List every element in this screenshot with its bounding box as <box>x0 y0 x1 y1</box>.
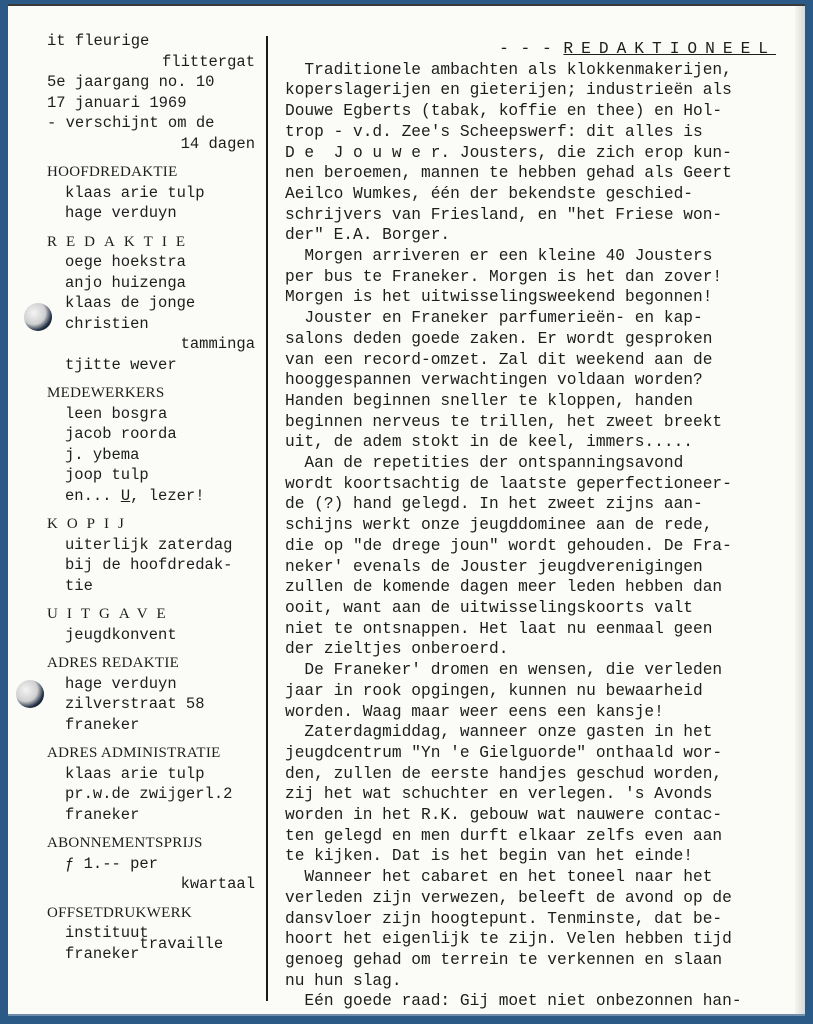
section-line-text: en... <box>65 487 121 505</box>
article-line: ten gelegd en men durft elkaar zelfs eve… <box>285 826 785 847</box>
section-line: kwartaal <box>47 874 257 895</box>
article-line: salons deden goede zaken. Er wordt gespr… <box>285 329 785 350</box>
section-heading: HOOFDREDAKTIE <box>47 162 257 183</box>
section-line: jeugdkonvent <box>47 625 257 646</box>
article-line: uit, de adem stokt in de keel, immers...… <box>285 432 785 453</box>
article-line: jaar in rook opgingen, kunnen nu bewaarh… <box>285 681 785 702</box>
article-line: nu hun slag. <box>285 971 785 992</box>
section-line: hage verduyn <box>47 203 257 224</box>
article-line: Douwe Egberts (tabak, koffie en thee) en… <box>285 101 785 122</box>
article-line: de (?) hand gelegd. In het zweet zijns a… <box>285 494 785 515</box>
article-line: per bus te Franeker. Morgen is het dan z… <box>285 267 785 288</box>
article-line: nen beroemen, mannen te hebben gehad als… <box>285 163 785 184</box>
section-line: en... U, lezer! <box>47 486 257 507</box>
article-line: der zieltjes onberoerd. <box>285 639 785 660</box>
section-heading: UITGAVE <box>47 604 257 625</box>
article-line: Aan de repetities der ontspanningsavond <box>285 453 785 474</box>
section-line: j. ybema <box>47 445 257 466</box>
article-line: die op "de drege joun" wordt gehouden. D… <box>285 536 785 557</box>
section-line: zilverstraat 58 <box>47 694 257 715</box>
section-line: franeker <box>47 805 257 826</box>
article-line: den, zullen de eerste handjes geschud wo… <box>285 764 785 785</box>
masthead-frequency: 14 dagen <box>47 134 257 155</box>
article-line: Morgen is het uitwisselingsweekend begon… <box>285 287 785 308</box>
section-heading: ADRES ADMINISTRATIE <box>47 743 257 764</box>
article-line: De Franeker' dromen en wensen, die verle… <box>285 660 785 681</box>
masthead-date: 17 januari 1969 <box>47 93 257 114</box>
section-line-text: franeker <box>65 945 139 963</box>
article-line: verleden zijn verwezen, beleeft de avond… <box>285 888 785 909</box>
article-line: Handen beginnen sneller te kloppen, hand… <box>285 391 785 412</box>
article-line: neker' evenals de Jouster jeugdverenigin… <box>285 557 785 578</box>
underlined-u: U <box>121 487 130 505</box>
section-heading: MEDEWERKERS <box>47 383 257 404</box>
masthead-line: flittergat <box>47 52 257 73</box>
section-line: uiterlijk zaterdag <box>47 535 257 556</box>
title-text: REDAKTIONEEL <box>563 40 776 58</box>
section-line: ƒ 1.-- per <box>47 854 257 875</box>
article-line: D e J o u w e r. Jousters, die zich erop… <box>285 143 785 164</box>
column-divider <box>266 36 268 1001</box>
section-line: franeker <box>47 715 257 736</box>
section-line: jacob roorda <box>47 424 257 445</box>
article-line: Zaterdagmiddag, wanneer onze gasten in h… <box>285 722 785 743</box>
section-line-text: , lezer! <box>130 487 204 505</box>
page-edge <box>795 6 805 1014</box>
article-line: Aeilco Wumkes, één der bekendste geschie… <box>285 184 785 205</box>
section-line: pr.w.de zwijgerl.2 <box>47 784 257 805</box>
masthead-frequency: - verschijnt om de <box>47 113 257 134</box>
article-line: zij het wat schuchter en verlegen. 's Av… <box>285 784 785 805</box>
article-line: schrijvers van Friesland, en "het Friese… <box>285 205 785 226</box>
article-line: zullen de komende dagen meer leden hebbe… <box>285 577 785 598</box>
section-heading: ABONNEMENTSPRIJS <box>47 833 257 854</box>
section-line: tamminga <box>47 334 257 355</box>
article-line: worden. Waag maar weer eens een kansje! <box>285 702 785 723</box>
title-prefix: - - - <box>499 40 553 58</box>
section-line: bij de hoofdredak- <box>47 555 257 576</box>
article-line: ooit, want aan de uitwisselingskoorts va… <box>285 598 785 619</box>
article-line: Jouster en Franeker parfumerieën- en kap… <box>285 308 785 329</box>
article-column: - - - REDAKTIONEEL Traditionele ambachte… <box>285 39 785 1012</box>
section-line: klaas arie tulp <box>47 183 257 204</box>
section-line-superscript: travaille <box>139 935 223 953</box>
article-line: Morgen arriveren er een kleine 40 Jouste… <box>285 246 785 267</box>
article-line: Eén goede raad: Gij moet niet onbezonnen… <box>285 991 785 1012</box>
section-heading: OFFSETDRUKWERK <box>47 903 257 924</box>
article-line: wordt koortsachtig de laatste geperfecti… <box>285 474 785 495</box>
section-line: franekertravaille <box>47 944 257 965</box>
section-line: klaas arie tulp <box>47 764 257 785</box>
article-line: hoort het eigenlijk te zijn. Velen hebbe… <box>285 929 785 950</box>
section-line: christien <box>47 314 257 335</box>
section-line: anjo huizenga <box>47 273 257 294</box>
article-body: Traditionele ambachten als klokkenmakeri… <box>285 60 785 1012</box>
article-line: schijns werkt onze jeugddominee aan de r… <box>285 515 785 536</box>
section-heading: ADRES REDAKTIE <box>47 653 257 674</box>
colophon-column: it fleurige flittergat 5e jaargang no. 1… <box>47 31 257 964</box>
article-line: te kijken. Dat is het begin van het eind… <box>285 846 785 867</box>
section-line: tie <box>47 576 257 597</box>
section-line: oege hoekstra <box>47 252 257 273</box>
article-line: Wanneer het cabaret en het toneel naar h… <box>285 867 785 888</box>
article-line: van een record-omzet. Zal dit weekend aa… <box>285 350 785 371</box>
article-line: beginnen nerveus te trillen, het zweet b… <box>285 412 785 433</box>
article-line: niet te ontsnappen. Het laat nu eenmaal … <box>285 619 785 640</box>
section-line: hage verduyn <box>47 674 257 695</box>
article-line: jeugdcentrum "Yn 'e Gielguorde" onthaald… <box>285 743 785 764</box>
article-title: - - - REDAKTIONEEL <box>285 39 785 60</box>
article-line: dansvloer zijn hoogtepunt. Tenminste, da… <box>285 909 785 930</box>
article-line: der" E.A. Borger. <box>285 225 785 246</box>
punch-hole-icon <box>16 680 44 708</box>
section-heading: KOPIJ <box>47 514 257 535</box>
article-line: Traditionele ambachten als klokkenmakeri… <box>285 60 785 81</box>
section-line: tjitte wever <box>47 355 257 376</box>
section-heading: REDAKTIE <box>47 232 257 253</box>
article-line: worden in het R.K. gebouw wat nauwere co… <box>285 805 785 826</box>
masthead-issue: 5e jaargang no. 10 <box>47 72 257 93</box>
masthead-line: it fleurige <box>47 31 257 52</box>
article-line: hooggespannen verwachtingen voldaan word… <box>285 370 785 391</box>
section-line: klaas de jonge <box>47 293 257 314</box>
article-line: koperslagerijen en gieterijen; industrie… <box>285 80 785 101</box>
article-line: trop - v.d. Zee's Scheepswerf: dit alles… <box>285 122 785 143</box>
article-line: genoeg gehad om terrein te verkennen en … <box>285 950 785 971</box>
section-line: joop tulp <box>47 465 257 486</box>
section-line: leen bosgra <box>47 404 257 425</box>
